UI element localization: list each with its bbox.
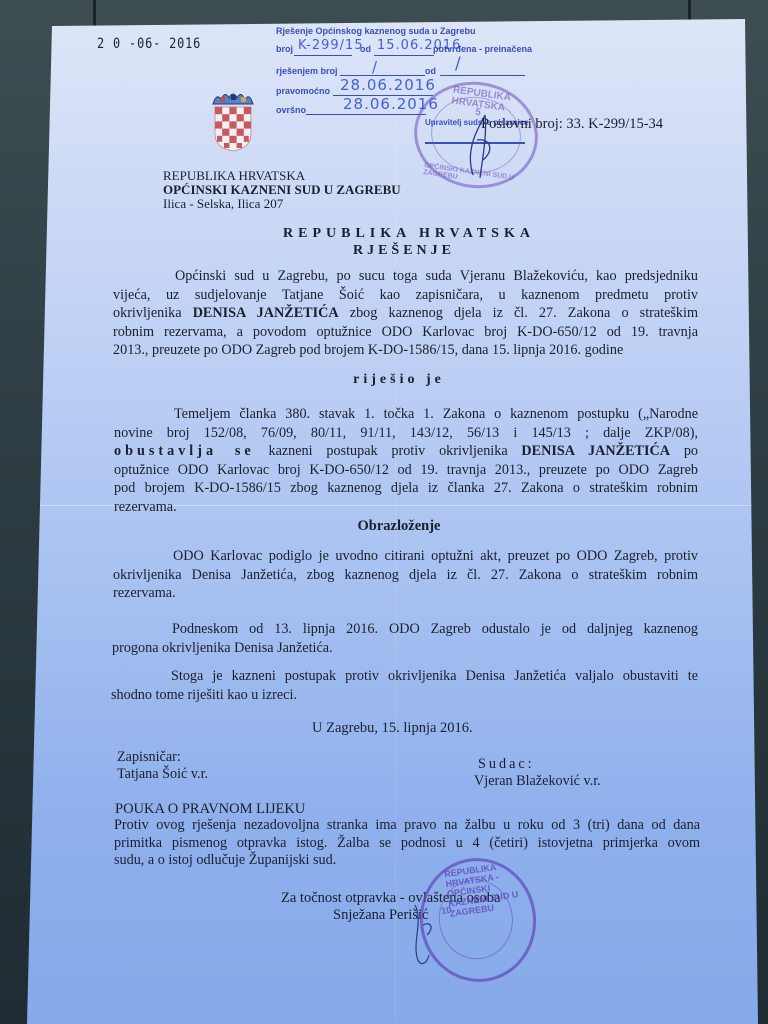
ruling-paragraph: Temeljem članka 380. stavak 1. točka 1. …	[114, 405, 698, 516]
legal-remedy-paragraph: Protiv ovog rješenja nezadovoljna strank…	[114, 817, 700, 870]
judge-name: Vjeran Blažeković v.r.	[474, 773, 601, 790]
reasoning-paragraph-2: Podneskom od 13. lipnja 2016. ODO Zagreb…	[112, 620, 698, 657]
od2-label: od	[425, 66, 436, 76]
ruling-text: kazneni postupak protiv okrivljenika	[255, 443, 522, 459]
intro-line: robnim rezervama, a povodom optužnice OD…	[113, 323, 698, 342]
signature-scribble-bottom	[405, 895, 455, 975]
ruling-line: optužnice ODO Karlovac broj K-DO-650/12 …	[114, 461, 698, 480]
ruling-line: Temeljem članka 380. stavak 1. točka 1. …	[114, 405, 698, 424]
legal-remedy-line: primitka pismenog otpravka istog. Žalba …	[114, 835, 700, 853]
received-date-stamp: 2 0 -06- 2016	[97, 36, 201, 52]
ovrsno-underline	[306, 114, 426, 115]
reasoning-paragraph-1: ODO Karlovac podiglo je uvodno citirani …	[113, 547, 698, 603]
potvrdjena-label: potvrđena - preinačena	[433, 44, 532, 54]
finality-stamp-title: Rješenje Općinskog kaznenog suda u Zagre…	[276, 26, 476, 36]
reasoning-line: Stoga je kazneni postupak protiv okrivlj…	[111, 667, 698, 686]
intro-text: okrivljenika	[113, 305, 193, 321]
intro-line: vijeća, uz sudjelovanje Tatjane Šoić kao…	[113, 286, 698, 305]
reasoning-heading: Obrazloženje	[0, 518, 768, 535]
od2-handwritten: /	[455, 54, 462, 74]
reasoning-line: okrivljenika Denisa Janžetića, zbog kazn…	[113, 566, 698, 585]
ovrsno-label: ovršno	[276, 105, 306, 115]
intro-text: zbog kaznenog djela iz čl. 27. Zakona o …	[339, 305, 698, 321]
ruling-line: obustavlja se kazneni postupak protiv ok…	[114, 442, 698, 461]
legal-remedy-heading: POUKA O PRAVNOM LIJEKU	[115, 801, 305, 818]
od2-underline	[440, 75, 525, 76]
legal-remedy-line: Protiv ovog rješenja nezadovoljna strank…	[114, 817, 700, 835]
intro-line: 2013., preuzete po ODO Zagreb pod brojem…	[113, 341, 698, 360]
header-court-address: Ilica - Selska, Ilica 207	[163, 196, 283, 212]
reasoning-line: shodno tome riješiti kao u izreci.	[111, 686, 698, 705]
reasoning-line: progona okrivljenika Denisa Janžetića.	[112, 639, 698, 658]
reasoning-line: Podneskom od 13. lipnja 2016. ODO Zagreb…	[112, 620, 698, 639]
document-paper: 2 0 -06- 2016 Rješenje Općinskog kazneno…	[0, 0, 768, 1024]
ruling-line: rezervama.	[114, 498, 698, 517]
defendant-name: DENISA JANŽETIĆA	[193, 305, 339, 321]
reasoning-paragraph-3: Stoga je kazneni postupak protiv okrivlj…	[111, 667, 698, 704]
court-seal-bottom-text: REPUBLIKA HRVATSKA - OPĆINSKI KAZNENI SU…	[444, 858, 532, 919]
place-and-date: U Zagrebu, 15. lipnja 2016.	[312, 720, 473, 737]
defendant-name: DENISA JANŽETIĆA	[521, 443, 670, 459]
broj-label: broj	[276, 44, 293, 54]
clerk-label: Zapisničar:	[117, 749, 181, 766]
pravomocno-label: pravomoćno	[276, 86, 330, 96]
ruling-text: po	[670, 443, 698, 459]
rjesenjem-broj-handwritten: /	[372, 58, 378, 76]
intro-line: okrivljenika DENISA JANŽETIĆA zbog kazne…	[113, 304, 698, 323]
rjesenjem-broj-label: rješenjem broj	[276, 66, 338, 76]
ruling-line: pod brojem K-DO-1586/15 zbog kaznenog dj…	[114, 479, 698, 498]
intro-paragraph: Općinski sud u Zagrebu, po sucu toga sud…	[113, 267, 698, 360]
broj-underline	[294, 55, 352, 56]
legal-remedy-line: sudu, a o istoj odlučuje Županijski sud.	[114, 852, 700, 870]
od-underline	[374, 55, 434, 56]
ruling-verb: obustavlja se	[114, 443, 255, 459]
pravomocno-handwritten: 28.06.2016	[340, 76, 436, 94]
reasoning-line: ODO Karlovac podiglo je uvodno citirani …	[113, 547, 698, 566]
document-title-type: RJEŠENJE	[0, 243, 768, 259]
judge-label: Sudac:	[478, 756, 535, 773]
decided-heading: riješio je	[0, 372, 768, 388]
broj-handwritten: K-299/15	[298, 38, 364, 53]
clerk-name: Tatjana Šoić v.r.	[117, 766, 208, 783]
case-number: Poslovni broj: 33. K-299/15-34	[481, 116, 663, 133]
croatian-coat-of-arms-icon	[211, 90, 255, 152]
od-label: od	[360, 44, 371, 54]
reasoning-line: rezervama.	[113, 584, 698, 603]
intro-line: Općinski sud u Zagrebu, po sucu toga sud…	[113, 267, 698, 286]
document-title-country: REPUBLIKA HRVATSKA	[0, 226, 768, 242]
ruling-line: novine broj 152/08, 76/09, 80/11, 91/11,…	[114, 424, 698, 443]
